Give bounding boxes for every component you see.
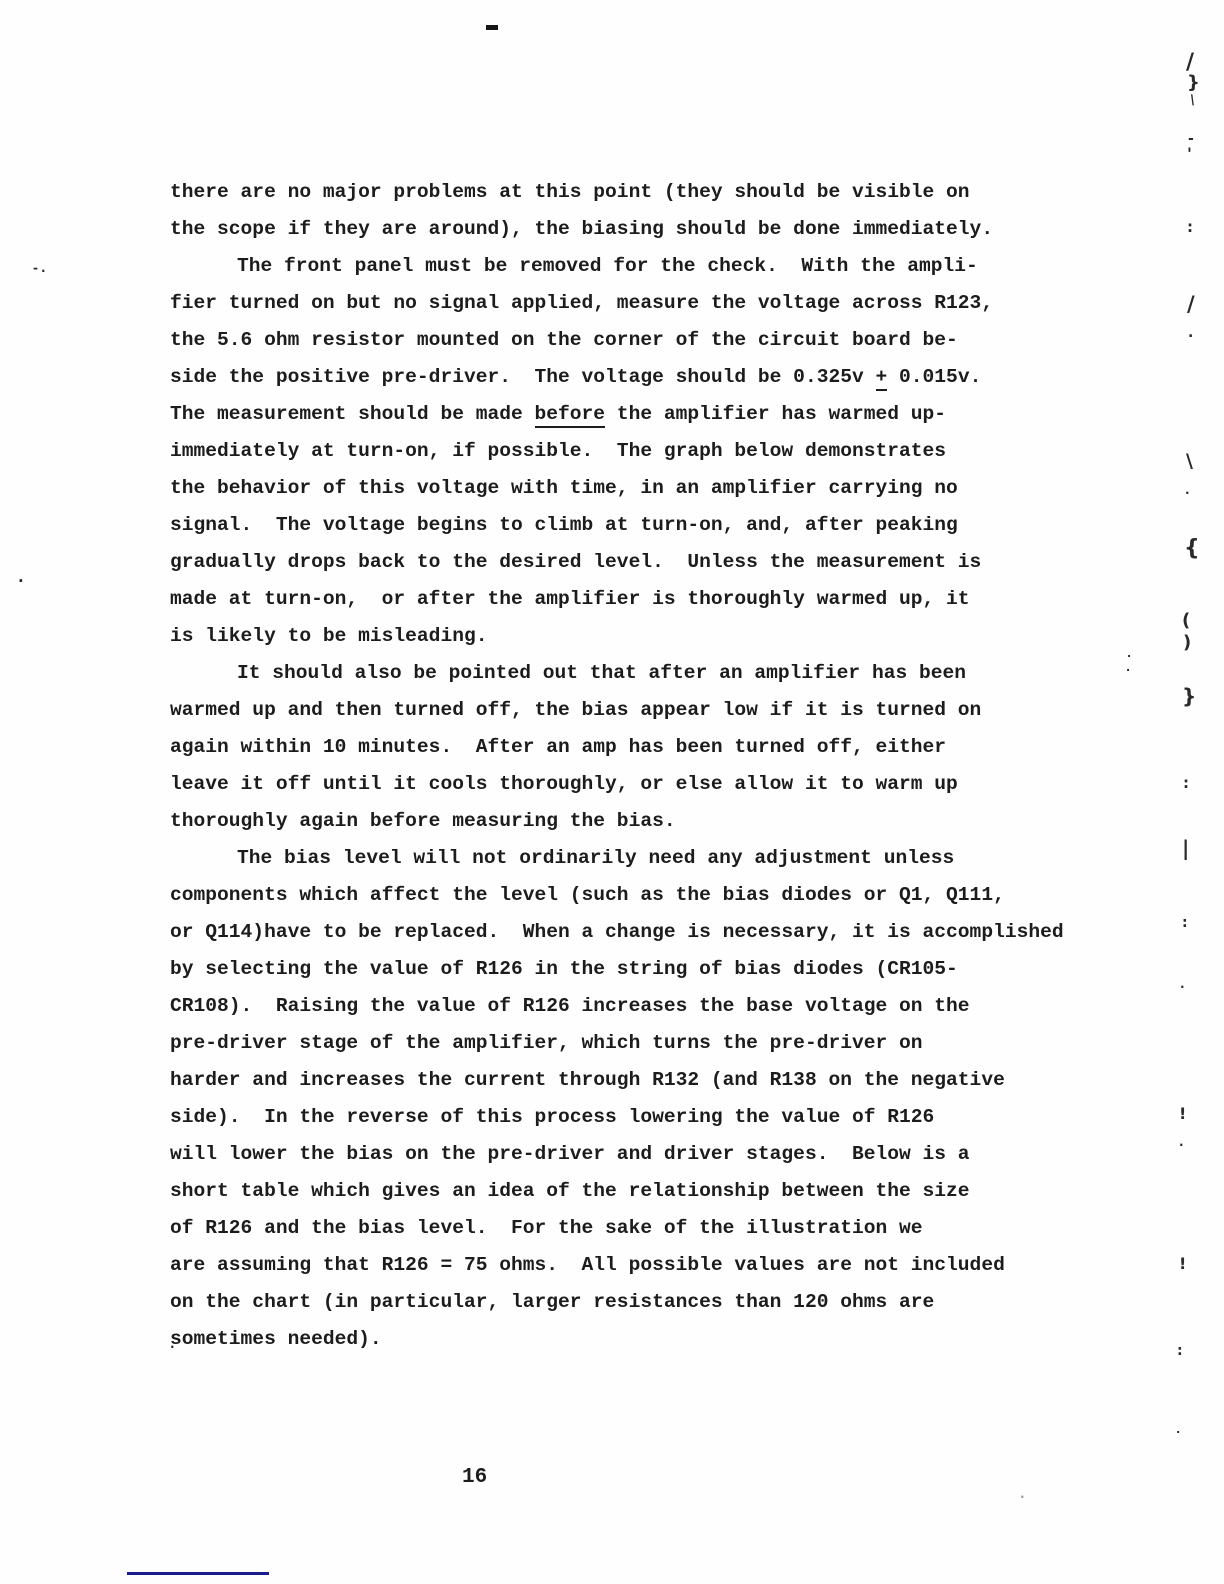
text-line: It should also be pointed out that after… bbox=[170, 655, 1064, 692]
text-line: short table which gives an idea of the r… bbox=[170, 1173, 1064, 1210]
text-line: immediately at turn-on, if possible. The… bbox=[170, 433, 1064, 470]
scan-artifact-mark: . bbox=[1180, 978, 1185, 990]
scan-artifact-mark: \ bbox=[1189, 94, 1196, 108]
text-segment: gradually drops back to the desired leve… bbox=[170, 551, 981, 573]
scan-artifact-mark: ! bbox=[1179, 1106, 1186, 1122]
text-segment: side). In the reverse of this process lo… bbox=[170, 1106, 934, 1128]
text-segment: again within 10 minutes. After an amp ha… bbox=[170, 736, 946, 758]
text-line: components which affect the level (such … bbox=[170, 877, 1064, 914]
text-line: The bias level will not ordinarily need … bbox=[170, 840, 1064, 877]
text-segment: sometimes needed). bbox=[170, 1328, 382, 1350]
scan-artifact-mark: } bbox=[1182, 686, 1196, 706]
scan-artifact-bar bbox=[486, 25, 498, 30]
text-segment: The bias level will not ordinarily need … bbox=[237, 847, 954, 869]
text-line: signal. The voltage begins to climb at t… bbox=[170, 507, 1064, 544]
text-line: the scope if they are around), the biasi… bbox=[170, 211, 1064, 248]
scan-artifact-mark: : bbox=[1177, 1344, 1183, 1358]
text-line: warmed up and then turned off, the bias … bbox=[170, 692, 1064, 729]
text-line: of R126 and the bias level. For the sake… bbox=[170, 1210, 1064, 1247]
text-line: made at turn-on, or after the amplifier … bbox=[170, 581, 1064, 618]
text-segment: will lower the bias on the pre-driver an… bbox=[170, 1143, 970, 1165]
text-line: side). In the reverse of this process lo… bbox=[170, 1099, 1064, 1136]
text-line: again within 10 minutes. After an amp ha… bbox=[170, 729, 1064, 766]
text-segment: made at turn-on, or after the amplifier … bbox=[170, 588, 970, 610]
text-segment: the behavior of this voltage with time, … bbox=[170, 477, 958, 499]
text-segment: harder and increases the current through… bbox=[170, 1069, 1005, 1091]
scan-artifact-mark: ! bbox=[1179, 1256, 1186, 1272]
text-segment: The front panel must be removed for the … bbox=[237, 255, 978, 277]
text-line: gradually drops back to the desired leve… bbox=[170, 544, 1064, 581]
text-line: the behavior of this voltage with time, … bbox=[170, 470, 1064, 507]
text-segment: the amplifier has warmed up- bbox=[605, 403, 946, 425]
text-segment: immediately at turn-on, if possible. The… bbox=[170, 440, 946, 462]
text-line: on the chart (in particular, larger resi… bbox=[170, 1284, 1064, 1321]
underlined-text: before bbox=[535, 403, 606, 428]
text-line: side the positive pre-driver. The voltag… bbox=[170, 359, 1064, 396]
text-segment: or Q114)have to be replaced. When a chan… bbox=[170, 921, 1064, 943]
text-segment: side the positive pre-driver. The voltag… bbox=[170, 366, 876, 388]
text-line: The front panel must be removed for the … bbox=[170, 248, 1064, 285]
scan-artifact-mark: . bbox=[170, 1338, 175, 1350]
scan-artifact-mark: ( bbox=[1182, 612, 1190, 630]
text-segment: warmed up and then turned off, the bias … bbox=[170, 699, 981, 721]
scan-artifact-mark: : bbox=[1182, 916, 1188, 930]
scan-artifact-mark: : bbox=[1187, 220, 1193, 235]
scan-artifact-mark: \ bbox=[1186, 452, 1193, 471]
scan-artifact-mark: . bbox=[1188, 326, 1193, 340]
text-segment: the 5.6 ohm resistor mounted on the corn… bbox=[170, 329, 958, 351]
scan-artifact-mark: / bbox=[1186, 52, 1194, 74]
text-line: by selecting the value of R126 in the st… bbox=[170, 951, 1064, 988]
scan-artifact-mark: ) bbox=[1183, 634, 1191, 652]
scan-artifact-mark: . bbox=[1179, 1136, 1184, 1148]
scan-artifact-mark: . bbox=[1020, 1488, 1025, 1500]
text-segment: short table which gives an idea of the r… bbox=[170, 1180, 970, 1202]
text-line: sometimes needed). bbox=[170, 1321, 1064, 1358]
text-line: will lower the bias on the pre-driver an… bbox=[170, 1136, 1064, 1173]
body-text: there are no major problems at this poin… bbox=[170, 174, 1064, 1358]
scan-artifact-mark: . bbox=[41, 262, 46, 274]
text-segment: It should also be pointed out that after… bbox=[237, 662, 966, 684]
underlined-text: + bbox=[876, 366, 888, 391]
text-segment: are assuming that R126 = 75 ohms. All po… bbox=[170, 1254, 1005, 1276]
text-segment: CR108). Raising the value of R126 increa… bbox=[170, 995, 970, 1017]
text-line: is likely to be misleading. bbox=[170, 618, 1064, 655]
text-segment: fier turned on but no signal applied, me… bbox=[170, 292, 993, 314]
document-page: there are no major problems at this poin… bbox=[0, 0, 1224, 1584]
text-segment: by selecting the value of R126 in the st… bbox=[170, 958, 958, 980]
scan-artifact-mark: . bbox=[1176, 1424, 1180, 1435]
text-segment: The measurement should be made bbox=[170, 403, 535, 425]
text-line: The measurement should be made before th… bbox=[170, 396, 1064, 433]
text-line: or Q114)have to be replaced. When a chan… bbox=[170, 914, 1064, 951]
text-line: the 5.6 ohm resistor mounted on the corn… bbox=[170, 322, 1064, 359]
text-segment: components which affect the level (such … bbox=[170, 884, 1005, 906]
scan-artifact-mark: . bbox=[18, 570, 24, 585]
text-segment: leave it off until it cools thoroughly, … bbox=[170, 773, 958, 795]
text-segment: of R126 and the bias level. For the sake… bbox=[170, 1217, 923, 1239]
text-segment: there are no major problems at this poin… bbox=[170, 181, 970, 203]
page-number: 16 bbox=[462, 1466, 487, 1489]
scan-artifact-mark: / bbox=[1187, 294, 1195, 315]
text-line: there are no major problems at this poin… bbox=[170, 174, 1064, 211]
text-segment: pre-driver stage of the amplifier, which… bbox=[170, 1032, 923, 1054]
scan-artifact-mark: } bbox=[1187, 74, 1200, 92]
scan-artifact-mark: ' bbox=[1187, 146, 1192, 162]
text-segment: 0.015v. bbox=[887, 366, 981, 388]
text-line: are assuming that R126 = 75 ohms. All po… bbox=[170, 1247, 1064, 1284]
scan-artifact-mark: : bbox=[1183, 776, 1189, 791]
text-line: CR108). Raising the value of R126 increa… bbox=[170, 988, 1064, 1025]
text-line: thoroughly again before measuring the bi… bbox=[170, 803, 1064, 840]
text-segment: on the chart (in particular, larger resi… bbox=[170, 1291, 934, 1313]
scan-artifact-mark: | bbox=[1182, 838, 1189, 858]
text-line: pre-driver stage of the amplifier, which… bbox=[170, 1025, 1064, 1062]
text-segment: is likely to be misleading. bbox=[170, 625, 487, 647]
text-segment: thoroughly again before measuring the bi… bbox=[170, 810, 676, 832]
scan-artifact-mark: { bbox=[1184, 538, 1200, 560]
scan-artifact-mark: . bbox=[1127, 648, 1131, 659]
text-segment: signal. The voltage begins to climb at t… bbox=[170, 514, 958, 536]
text-segment: the scope if they are around), the biasi… bbox=[170, 218, 993, 240]
text-line: leave it off until it cools thoroughly, … bbox=[170, 766, 1064, 803]
text-line: harder and increases the current through… bbox=[170, 1062, 1064, 1099]
text-line: fier turned on but no signal applied, me… bbox=[170, 285, 1064, 322]
scan-artifact-mark: . bbox=[1185, 484, 1190, 496]
scan-artifact-mark: . bbox=[1126, 662, 1130, 673]
scan-artifact-mark: - bbox=[33, 262, 38, 274]
footer-underline-rule bbox=[127, 1572, 269, 1575]
